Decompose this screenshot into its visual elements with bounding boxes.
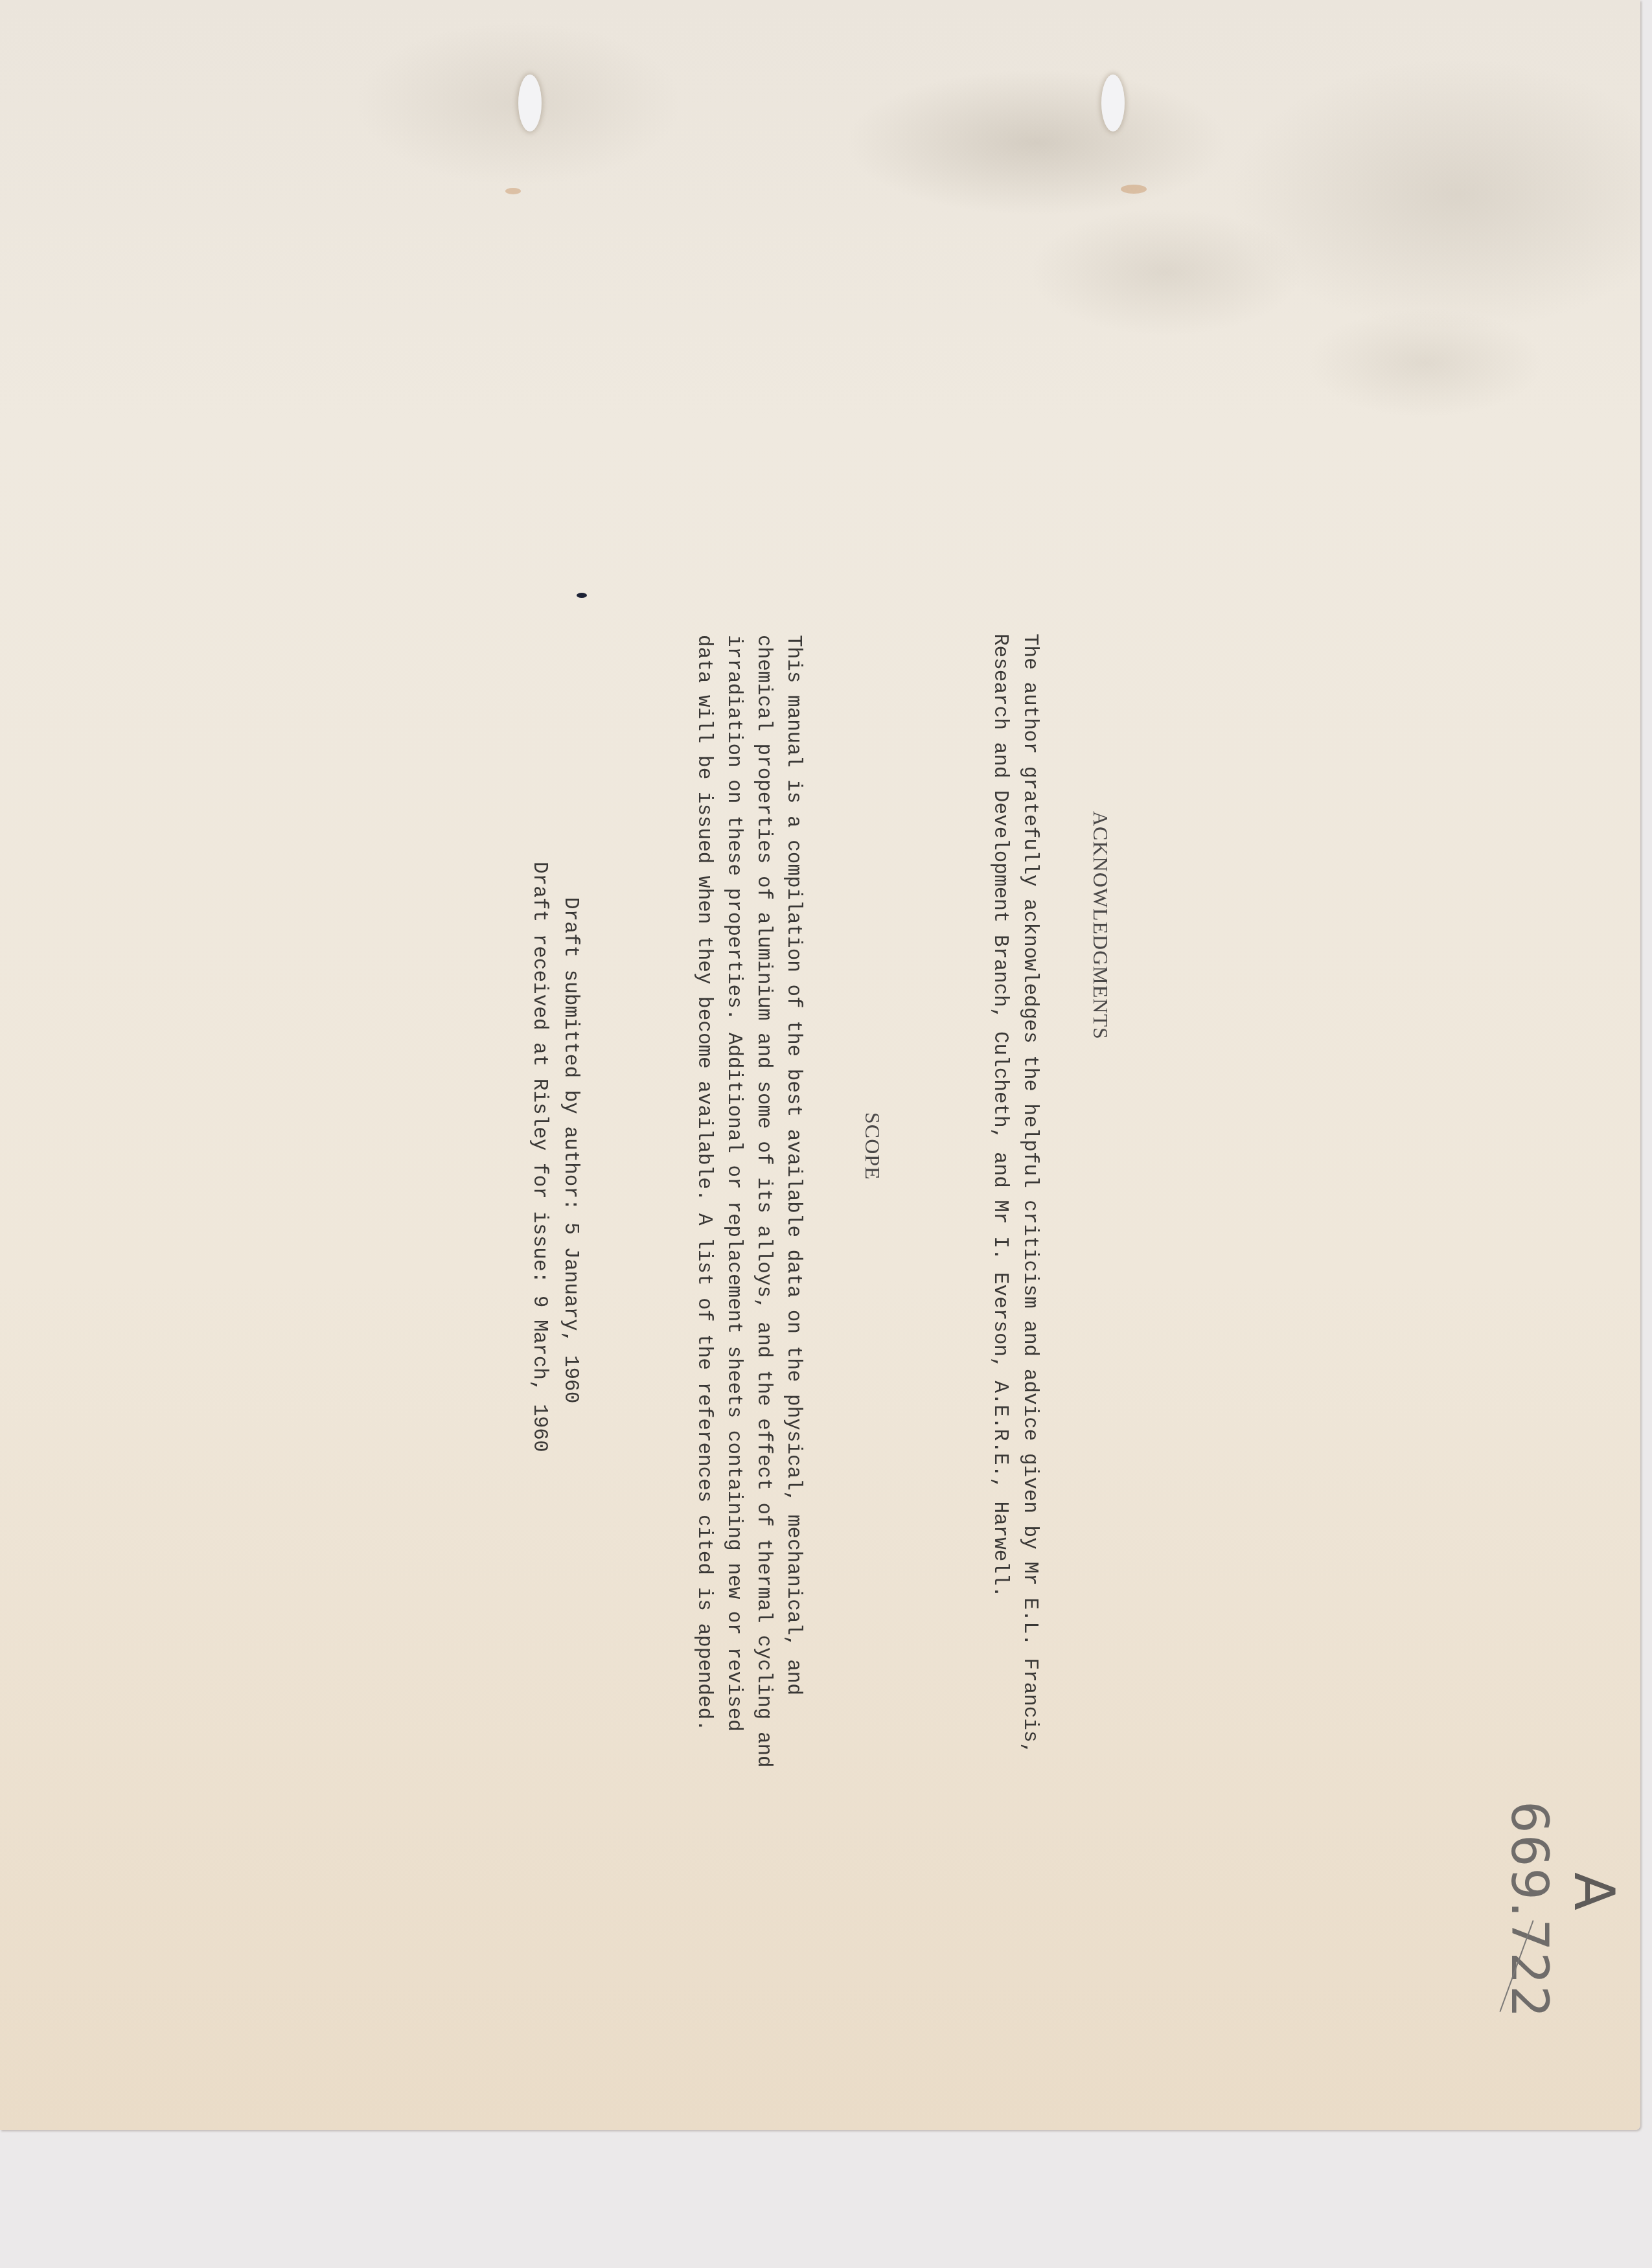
draft-submitted-line: Draft submitted by author: 5 January, 19… xyxy=(555,897,585,1403)
acknowledgments-heading: ACKNOWLEDGMENTS xyxy=(1088,811,1112,1040)
rust-stain xyxy=(505,188,521,194)
handwritten-mark: A xyxy=(1561,1872,1626,1910)
binder-hole xyxy=(518,74,542,132)
scope-line: This manual is a compilation of the best… xyxy=(778,635,808,1768)
ink-mark xyxy=(577,593,587,598)
rust-stain xyxy=(1121,185,1147,194)
draft-received-line: Draft received at Risley for issue: 9 Ma… xyxy=(524,862,554,1452)
document-page: ACKNOWLEDGMENTS The author gratefully ac… xyxy=(0,0,1640,2130)
acknowledgments-line: Research and Development Branch, Culchet… xyxy=(985,634,1015,1754)
acknowledgments-paragraph: The author gratefully acknowledges the h… xyxy=(985,634,1044,1754)
scope-paragraph: This manual is a compilation of the best… xyxy=(689,635,808,1768)
binder-hole xyxy=(1101,74,1125,132)
scope-line: data will be issued when they become ava… xyxy=(689,635,718,1768)
acknowledgments-line: The author gratefully acknowledges the h… xyxy=(1015,634,1044,1754)
scope-heading: SCOPE xyxy=(860,1112,884,1180)
scope-line: chemical properties of aluminium and som… xyxy=(748,635,778,1768)
scope-line: irradiation on these properties. Additio… xyxy=(718,635,748,1768)
